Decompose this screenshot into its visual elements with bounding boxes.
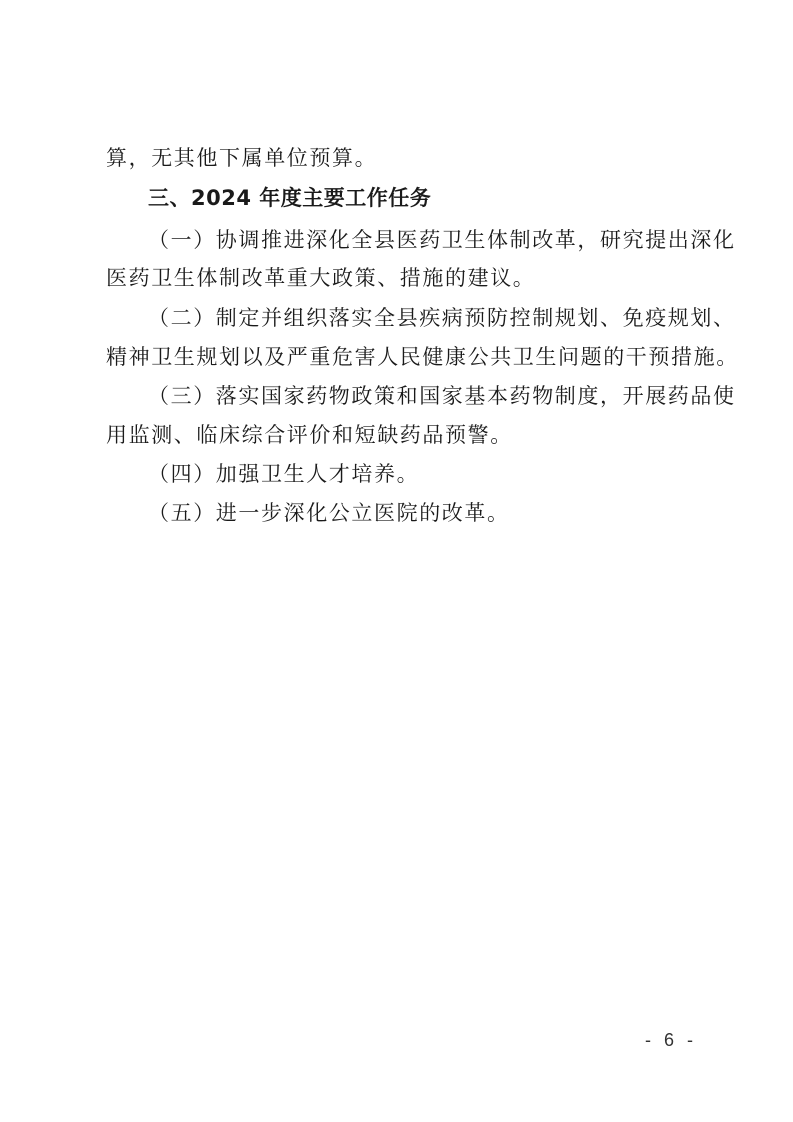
section-heading: 三、2024 年度主要工作任务 (148, 186, 738, 210)
task-item-5: （五）进一步深化公立医院的改革。 (148, 501, 738, 525)
page-number: - 6 - (645, 1030, 697, 1051)
task-item-1-line-2: 医药卫生体制改革重大政策、措施的建议。 (106, 266, 696, 290)
task-item-1-line-1: （一）协调推进深化全县医药卫生体制改革，研究提出深化 (148, 228, 738, 252)
paragraph-continuation: 算，无其他下属单位预算。 (106, 146, 696, 170)
task-item-2-line-1: （二）制定并组织落实全县疾病预防控制规划、免疫规划、 (148, 306, 738, 330)
task-item-3-line-2: 用监测、临床综合评价和短缺药品预警。 (106, 423, 696, 447)
document-page: 算，无其他下属单位预算。 三、2024 年度主要工作任务 （一）协调推进深化全县… (0, 0, 793, 1122)
task-item-2-line-2: 精神卫生规划以及严重危害人民健康公共卫生问题的干预措施。 (106, 345, 696, 369)
task-item-3-line-1: （三）落实国家药物政策和国家基本药物制度，开展药品使 (148, 384, 738, 408)
task-item-4: （四）加强卫生人才培养。 (148, 462, 738, 486)
